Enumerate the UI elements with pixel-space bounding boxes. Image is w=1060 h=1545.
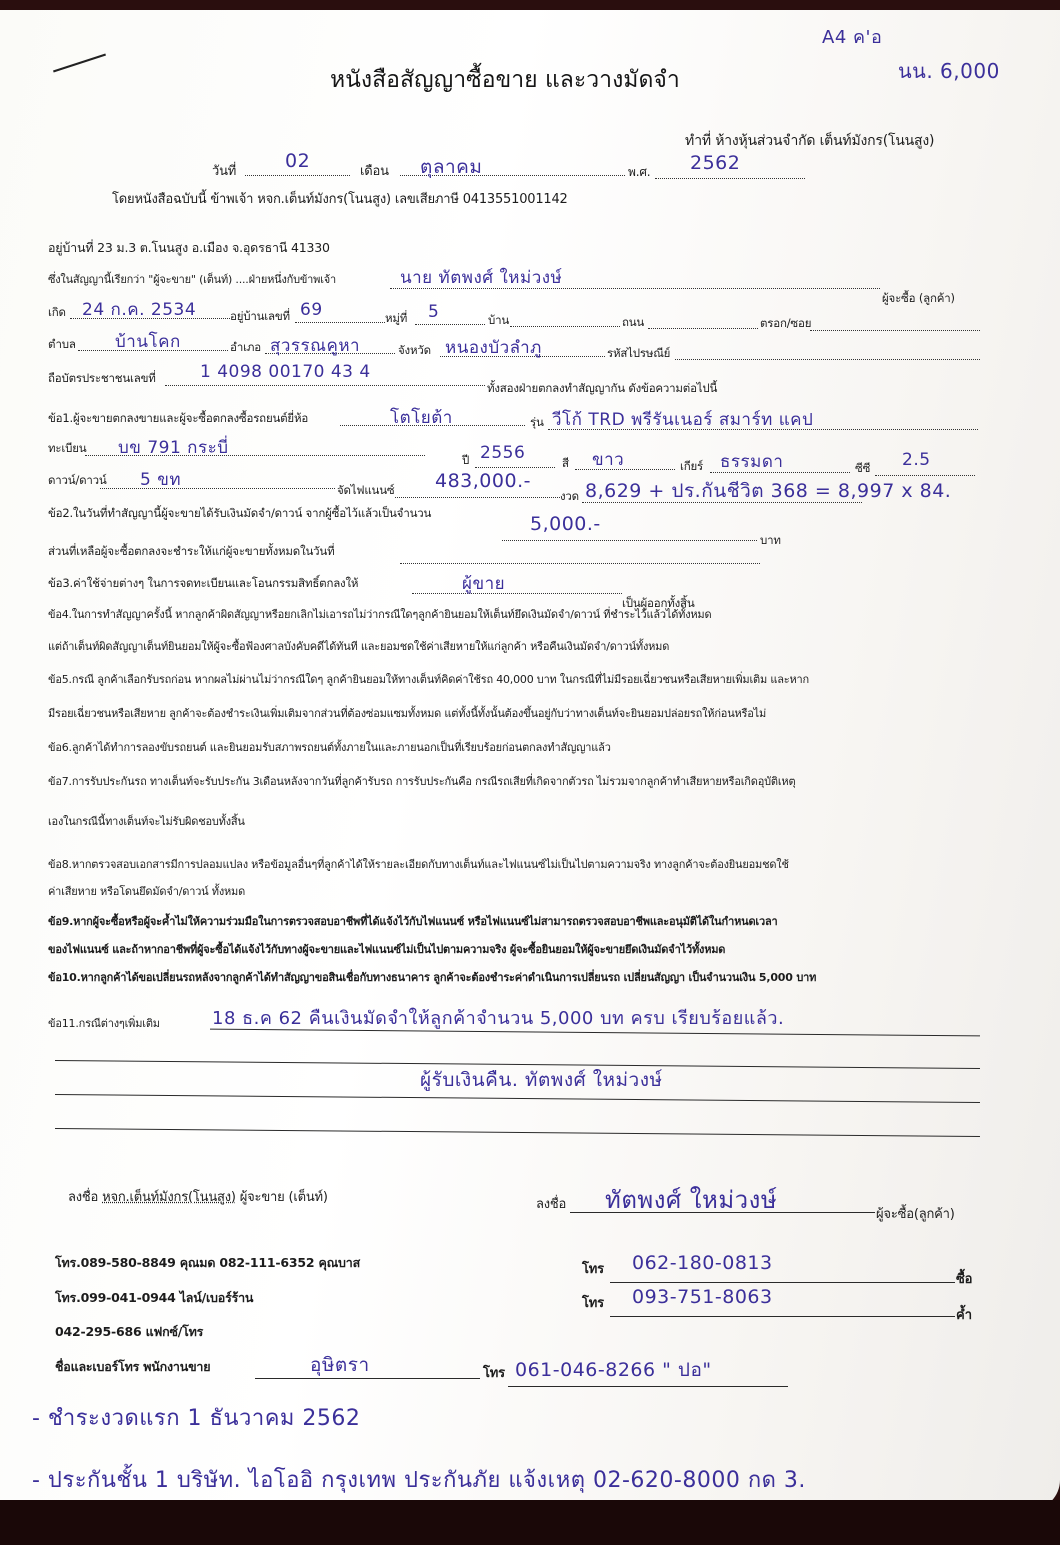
- day-field-line: [245, 175, 350, 176]
- car-gear: ธรรมดา: [720, 448, 783, 475]
- contact-line-3: 042-295-686 แฟกซ์/โทร: [55, 1322, 203, 1342]
- clause5-line1: ข้อ5.กรณี ลูกค้าเลือกรับรถก่อน หากผลไม่ผ…: [48, 670, 809, 688]
- finance-line: [395, 497, 560, 498]
- seller-name: หจก.เต็นท์มังกร(โนนสูง): [102, 1190, 236, 1205]
- car-plate: บข 791 กระบี่: [118, 434, 229, 461]
- deposit-unit: บาท: [760, 532, 781, 550]
- refund-receiver: ผู้รับเงินคืน. ทัตพงศ์ ใหม่วงษ์: [420, 1065, 663, 1095]
- clause7-line2: เองในกรณีนี้ทางเต็นท์จะไม่รับผิดชอบทั้งส…: [48, 812, 245, 830]
- house-no-label: อยู่บ้านเลขที่: [230, 308, 290, 326]
- handwritten-note-first-payment: - ชำระงวดแรก 1 ธันวาคม 2562: [32, 1400, 360, 1435]
- down-label: ดาวน์/ดาวน์: [48, 472, 107, 490]
- salesperson-phone-label: โทร: [483, 1362, 505, 1383]
- seller-sign-row: ลงชื่อ หจก.เต็นท์มังกร(โนนสูง) ผู้จะขาย …: [68, 1186, 328, 1207]
- background-surface: [0, 1500, 1060, 1545]
- model-label: รุ่น: [530, 414, 544, 432]
- remaining-label: ส่วนที่เหลือผู้จะซื้อตกลงจะชำระให้แก่ผู้…: [48, 543, 334, 561]
- color-line: [575, 469, 675, 470]
- road-label: ถนน: [622, 314, 644, 332]
- clause1-label: ข้อ1.ผู้จะขายตกลงขายและผู้จะซื้อตกลงซื้อ…: [48, 410, 308, 428]
- id-suffix: ทั้งสองฝ่ายตกลงทำสัญญากัน ดังข้อความต่อไ…: [487, 380, 717, 398]
- moo-label: หมู่ที่: [385, 310, 407, 328]
- clause8-line1: ข้อ8.หากตรวจสอบเอกสารมีการปลอมแปลง หรือข…: [48, 855, 789, 873]
- clause5-line2: มีรอยเฉี่ยวชนหรือเสียหาย ลูกค้าจะต้องชำร…: [48, 704, 766, 722]
- buyer-phone-label: โทร: [582, 1258, 604, 1279]
- month-label: เดือน: [360, 160, 389, 181]
- house-no-line: [295, 322, 385, 323]
- postcode-label: รหัสไปรษณีย์: [607, 345, 670, 363]
- down-value: 5 ขท: [140, 466, 181, 493]
- fees-payer: ผู้ขาย: [462, 570, 505, 597]
- car-brand: โตโยต้า: [390, 404, 453, 431]
- clause10: ข้อ10.หากลูกค้าได้ขอเปลี่ยนรถหลังจากลูกค…: [48, 968, 816, 986]
- remaining-line: [400, 563, 760, 564]
- village-label: บ้าน: [488, 312, 509, 330]
- made-at-label: ทำที่: [685, 133, 711, 149]
- year-value: 2562: [690, 152, 740, 174]
- down-line: [100, 488, 335, 489]
- installment-label: งวด: [560, 488, 579, 506]
- salesperson-name: อุษิตรา: [310, 1350, 370, 1380]
- alley-label: ตรอก/ซอย: [760, 315, 811, 333]
- id-label: ถือบัตรประชาชนเลขที่: [48, 370, 156, 388]
- clause4-line2: แต่ถ้าเต็นท์ผิดสัญญาเต็นท์ยินยอมให้ผู้จะ…: [48, 637, 669, 655]
- house-no-value: 69: [300, 300, 323, 320]
- buyer-sign-role: ผู้จะซื้อ(ลูกค้า): [876, 1203, 955, 1224]
- clause2-label: ข้อ2.ในวันที่ทำสัญญานี้ผู้จะขายได้รับเงิ…: [48, 505, 431, 523]
- birth-value: 24 ก.ค. 2534: [82, 296, 196, 323]
- buyer-name: นาย ทัตพงศ์ ใหม่วงษ์: [400, 264, 562, 291]
- deposit-line: [502, 540, 757, 541]
- district-value: สุวรรณคูหา: [270, 332, 360, 359]
- contact-line-1: โทร.089-580-8849 คุณมด 082-111-6352 คุณบ…: [55, 1253, 360, 1273]
- made-at: ทำที่ ห้างหุ้นส่วนจำกัด เต็นท์มังกร(โนนส…: [685, 130, 934, 152]
- contract-paper: [0, 10, 1060, 1510]
- birth-label: เกิด: [48, 304, 66, 322]
- day-value: 02: [285, 150, 310, 172]
- alley-line: [810, 330, 980, 331]
- fees-payer-line: [412, 593, 622, 594]
- village-line: [510, 326, 620, 327]
- guarantor-phone-label: โทร: [582, 1292, 604, 1313]
- clause8-line2: ค่าเสียหาย หรือโดนยึดมัดจำ/ดาวน์ ทั้งหมด: [48, 882, 245, 900]
- postcode-line: [675, 359, 980, 360]
- guarantor-phone-tag: ค้ำ: [956, 1304, 972, 1325]
- year-label: พ.ศ.: [628, 163, 650, 182]
- year-label-car: ปี: [462, 452, 469, 470]
- salesperson-phone-line: [508, 1386, 788, 1387]
- car-model: วีโก้ TRD พรีรันเนอร์ สมาร์ท แคป: [552, 406, 813, 433]
- province-label: จังหวัด: [398, 342, 431, 360]
- buyer-phone-line: [610, 1282, 955, 1283]
- subdistrict-value: บ้านโคก: [115, 328, 181, 355]
- made-at-value: ห้างหุ้นส่วนจำกัด เต็นท์มังกร(โนนสูง): [715, 133, 934, 149]
- corner-note-amount: นน. 6,000: [898, 55, 1000, 87]
- car-year-line: [475, 467, 555, 468]
- buyer-phone-tag: ซื้อ: [956, 1268, 972, 1289]
- year-field-line: [655, 178, 805, 179]
- guarantor-phone: 093-751-8063: [632, 1286, 773, 1308]
- clause9-line2: ของไฟแนนซ์ และถ้าหากอาชีพที่ผู้จะซื้อได้…: [48, 940, 725, 958]
- clause11-note: 18 ธ.ค 62 คืนเงินมัดจำให้ลูกค้าจำนวน 5,0…: [212, 1003, 784, 1032]
- clause7-line1: ข้อ7.การรับประกันรถ ทางเต็นท์จะรับประกัน…: [48, 772, 795, 790]
- car-color: ขาว: [592, 446, 624, 473]
- clause3-label: ข้อ3.ค่าใช้จ่ายต่างๆ ในการจดทะเบียนและโอ…: [48, 575, 358, 593]
- moo-line: [415, 324, 485, 325]
- corner-note-code: A4 ค'อ: [822, 22, 882, 51]
- buyer-role-label: ผู้จะซื้อ (ลูกค้า): [882, 290, 955, 308]
- intro-line-1: โดยหนังสือฉบับนี้ ข้าพเจ้า หจก.เต็นท์มัง…: [112, 188, 568, 209]
- contact-line-2: โทร.099-041-0944 ไลน์/เบอร์ร้าน: [55, 1288, 253, 1308]
- finance-value: 483,000.-: [435, 470, 531, 492]
- handwritten-note-insurance: - ประกันชั้น 1 บริษัท. ไอโออิ กรุงเทพ ปร…: [32, 1462, 806, 1497]
- car-cc: 2.5: [902, 450, 931, 470]
- moo-value: 5: [428, 302, 439, 322]
- district-label: อำเภอ: [230, 339, 261, 357]
- party-label: ซึ่งในสัญญานี้เรียกว่า "ผู้จะขาย" (เต็นท…: [48, 270, 336, 288]
- clause6: ข้อ6.ลูกค้าได้ทำการลองขับรถยนต์ และยินยอ…: [48, 738, 611, 756]
- deposit-amount: 5,000.-: [530, 513, 601, 535]
- seller-role: ผู้จะขาย (เต็นท์): [240, 1190, 328, 1205]
- salesperson-label: ชื่อและเบอร์โทร พนักงานขาย: [55, 1357, 210, 1377]
- intro-line-2: อยู่บ้านที่ 23 ม.3 ต.โนนสูง อ.เมือง จ.อุ…: [48, 238, 330, 258]
- color-label: สี: [562, 455, 569, 473]
- province-value: หนองบัวลำภู: [445, 334, 542, 361]
- clause4-line1: ข้อ4.ในการทำสัญญาครั้งนี้ หากลูกค้าผิดสั…: [48, 605, 711, 623]
- subdistrict-label: ตำบล: [48, 336, 76, 354]
- gear-label: เกียร์: [680, 458, 703, 476]
- clause9-line1: ข้อ9.หากผู้จะซื้อหรือผู้จะค้ำไม่ให้ความร…: [48, 912, 777, 930]
- road-line: [648, 328, 758, 329]
- salesperson-phone: 061-046-8266 " ปอ": [515, 1355, 712, 1385]
- buyer-signature: ทัตพงศ์ ใหม่วงษ์: [605, 1180, 777, 1219]
- month-value: ตุลาคม: [420, 152, 482, 182]
- clause11-label: ข้อ11.กรณีต่างๆเพิ่มเติม: [48, 1014, 160, 1032]
- document-title: หนังสือสัญญาซื้อขาย และวางมัดจำ: [330, 62, 680, 98]
- guarantor-phone-line: [610, 1316, 955, 1317]
- id-number: 1 4098 00170 43 4: [200, 362, 371, 382]
- day-label: วันที่: [212, 160, 236, 181]
- finance-label: จัดไฟแนนซ์: [337, 482, 394, 500]
- installment-value: 8,629 + ปร.กันชีวิต 368 = 8,997 x 84.: [585, 476, 951, 506]
- car-year: 2556: [480, 443, 525, 463]
- seller-sign-label: ลงชื่อ: [68, 1190, 98, 1205]
- buyer-phone: 062-180-0813: [632, 1252, 773, 1274]
- id-line: [165, 385, 485, 386]
- buyer-sign-label: ลงชื่อ: [536, 1193, 566, 1214]
- plate-label: ทะเบียน: [48, 440, 86, 458]
